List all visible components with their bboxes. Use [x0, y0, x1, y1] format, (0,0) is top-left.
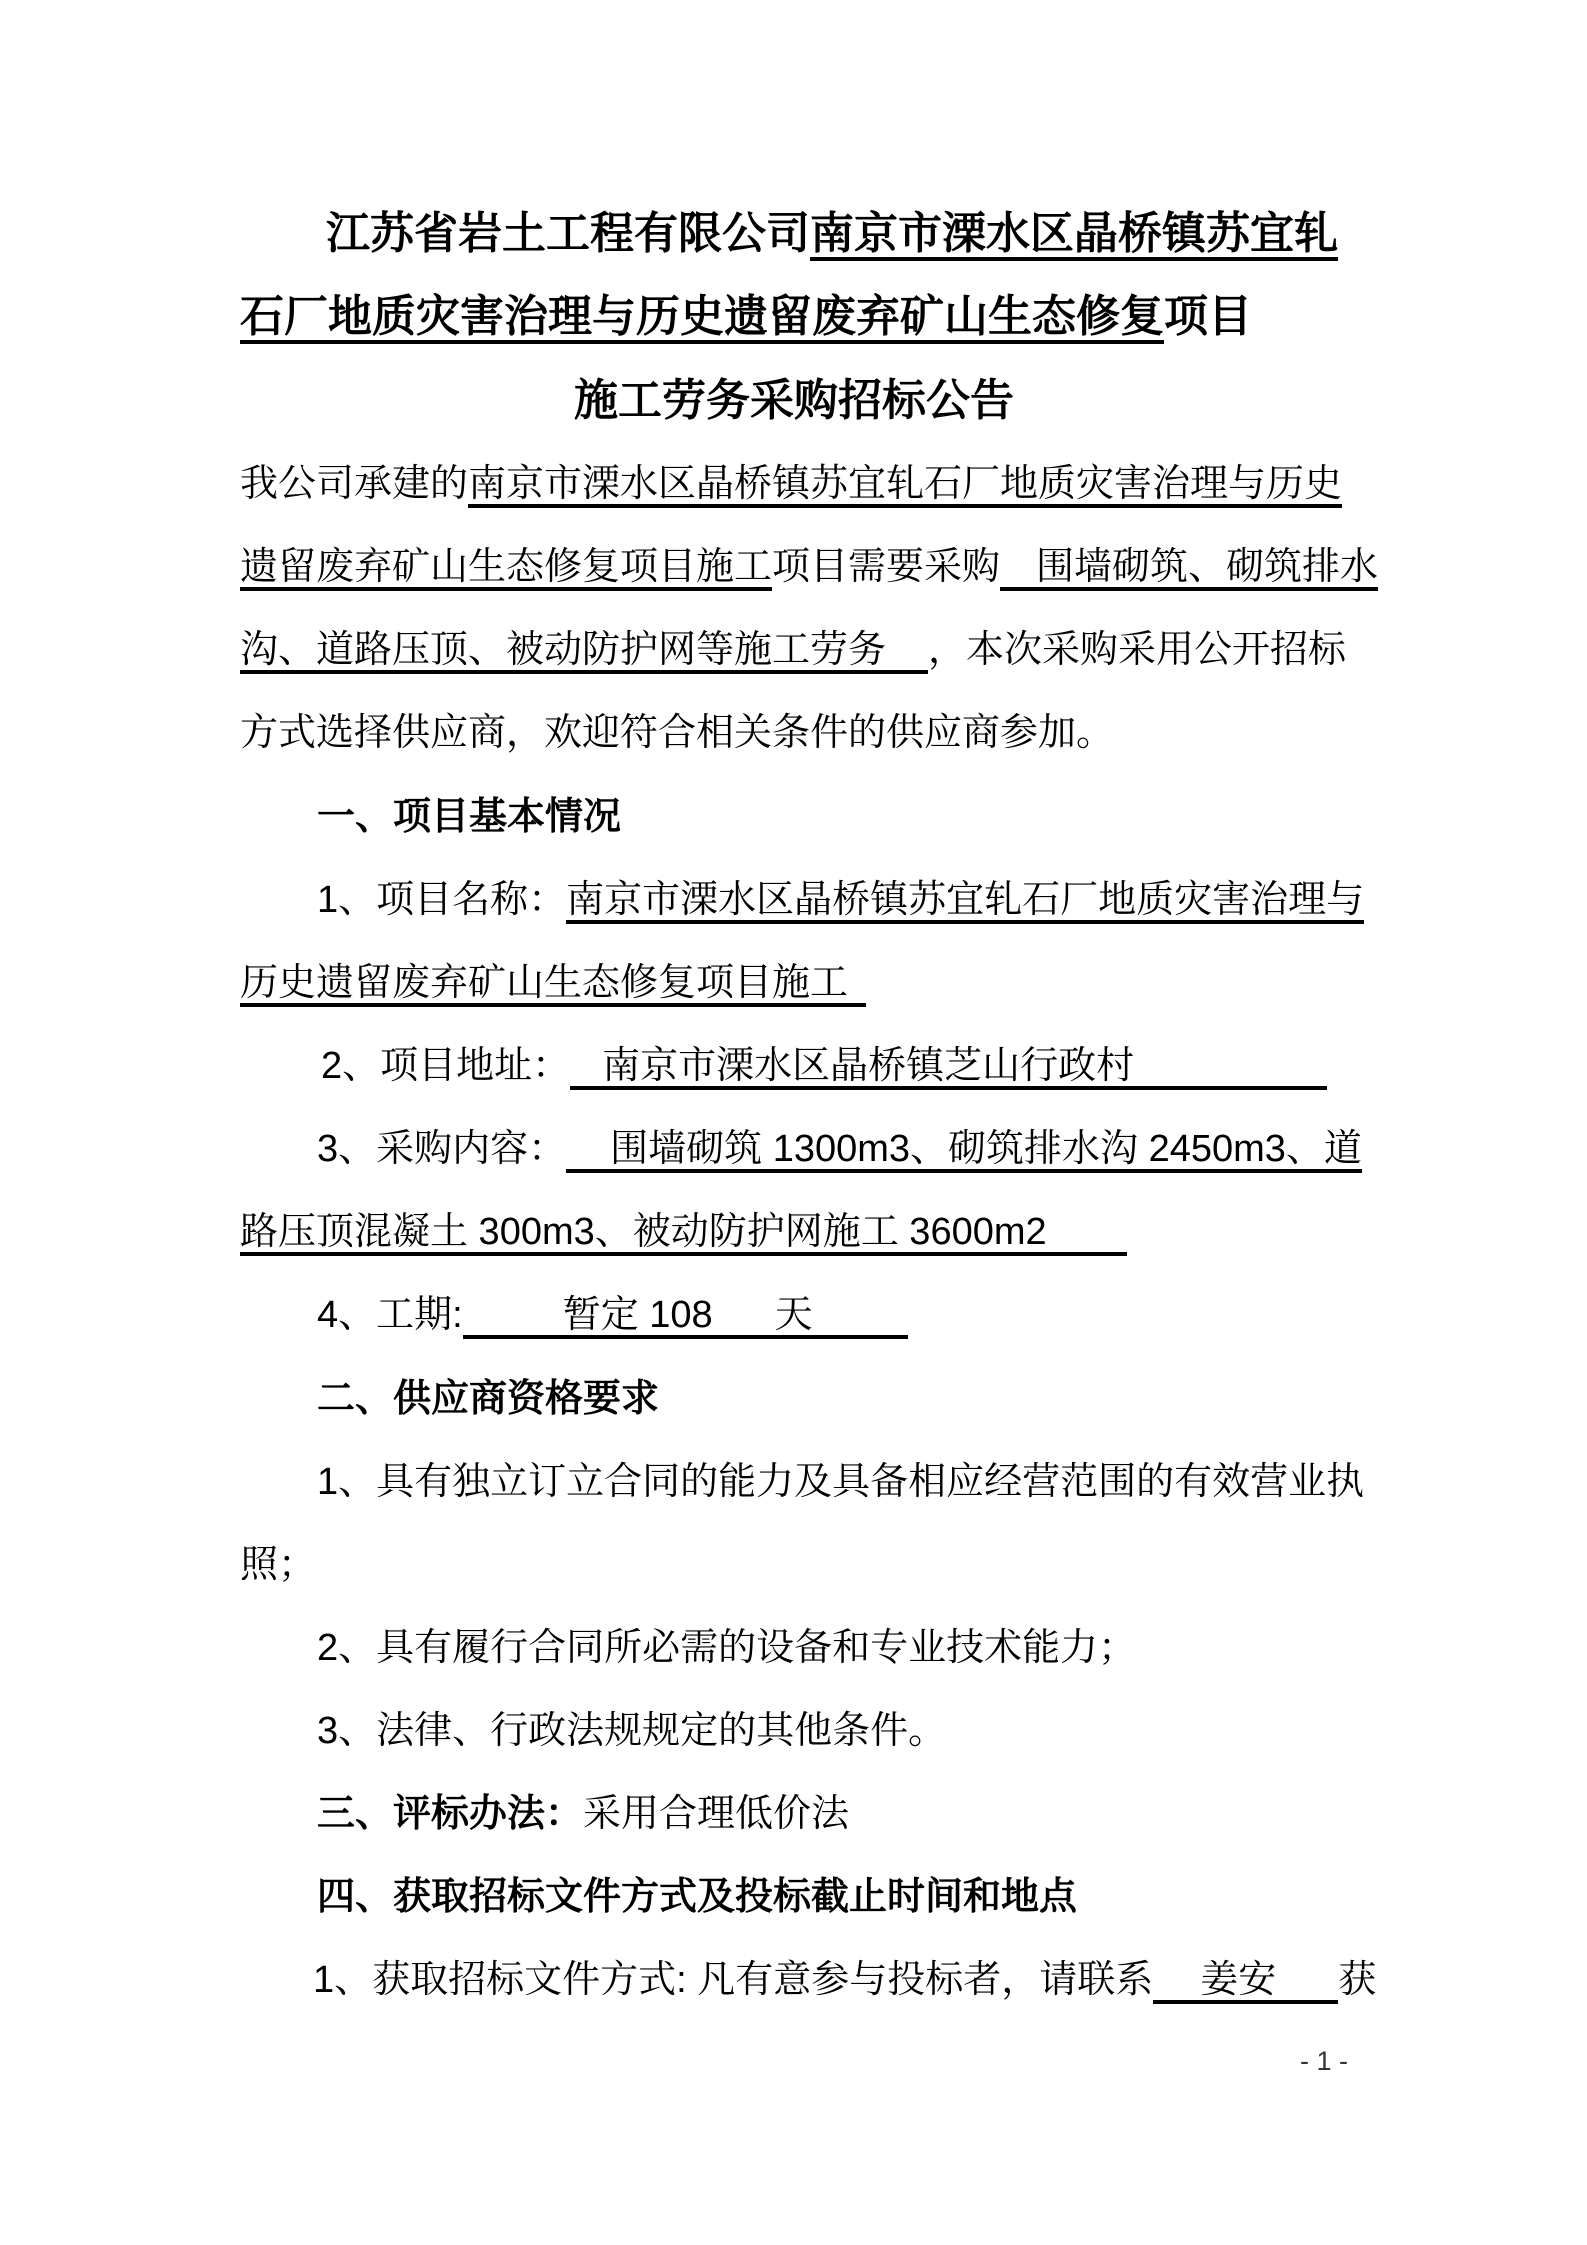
- item-procurement-content-line-2: 路压顶混凝土 300m3、被动防护网施工 3600m2: [240, 1212, 1127, 1256]
- underline-blank: [813, 1295, 908, 1339]
- item-construction-period: 4、工期:暂定 108天: [317, 1295, 908, 1339]
- text-segment: 3、采购内容：: [317, 1129, 566, 1169]
- text-segment: 1、项目名称：: [317, 880, 566, 920]
- text-segment: 遗留废弃矿山生态修复项目施工: [240, 547, 772, 591]
- underline-blank: [1153, 1960, 1200, 2004]
- text-segment: 南京市溧水区晶桥镇芝山行政村: [602, 1046, 1134, 1090]
- text-segment: 四、获取招标文件方式及投标截止时间和地点: [317, 1877, 1077, 1917]
- qualification-item-3: 3、法律、行政法规规定的其他条件。: [317, 1711, 946, 1751]
- item-project-name-line-2: 历史遗留废弃矿山生态修复项目施工: [240, 963, 866, 1007]
- underline-blank: [463, 1295, 563, 1339]
- text-segment: 2、具有履行合同所必需的设备和专业技术能力；: [317, 1628, 1136, 1668]
- intro-paragraph-line-1: 我公司承建的南京市溧水区晶桥镇苏宜轧石厂地质灾害治理与历史: [240, 464, 1342, 508]
- title-line-2: 石厂地质灾害治理与历史遗留废弃矿山生态修复项目: [240, 294, 1252, 344]
- page-number: - 1 -: [1300, 2046, 1348, 2076]
- underline-blank: [1276, 1960, 1338, 2004]
- text-segment: 1、具有独立订立合同的能力及具备相应经营范围的有效营业执: [317, 1462, 1364, 1502]
- item-project-address: 2、项目地址：南京市溧水区晶桥镇芝山行政村: [321, 1046, 1327, 1090]
- underline-blank: [566, 1129, 610, 1173]
- text-segment: 南京市溧水区晶桥镇苏宜轧石厂地质灾害治理与: [566, 880, 1364, 924]
- text-segment: 采用合理低价法: [583, 1794, 849, 1834]
- text-segment: 南京市溧水区晶桥镇苏宜轧石厂地质灾害治理与历史: [468, 464, 1342, 508]
- intro-paragraph-line-3: 沟、道路压顶、被动防护网等施工劳务，本次采购采用公开招标: [240, 630, 1346, 674]
- intro-paragraph-line-4: 方式选择供应商，欢迎符合相关条件的供应商参加。: [240, 713, 1114, 753]
- text-segment: 历史遗留废弃矿山生态修复项目施工: [240, 963, 848, 1007]
- title-line-3: 施工劳务采购招标公告: [240, 378, 1348, 424]
- text-segment: 1、获取招标文件方式: 凡有意参与投标者，请联系: [313, 1960, 1153, 2000]
- section-heading-1: 一、项目基本情况: [317, 797, 621, 837]
- underline-blank: [1047, 1212, 1127, 1256]
- text-segment: 一、项目基本情况: [317, 797, 621, 837]
- underline-blank: [886, 630, 928, 674]
- qualification-item-2: 2、具有履行合同所必需的设备和专业技术能力；: [317, 1628, 1136, 1668]
- text-segment: 照；: [240, 1545, 316, 1585]
- item-procurement-content-line-1: 3、采购内容：围墙砌筑 1300m3、砌筑排水沟 2450m3、道: [317, 1129, 1362, 1173]
- intro-paragraph-line-2: 遗留废弃矿山生态修复项目施工项目需要采购围墙砌筑、砌筑排水: [240, 547, 1378, 591]
- text-segment: 4、工期:: [317, 1295, 463, 1335]
- text-segment: 江苏省岩土工程有限公司: [326, 211, 810, 257]
- text-segment: 项目: [1164, 294, 1252, 340]
- text-segment: 2、项目地址：: [321, 1046, 570, 1086]
- text-segment: 姜安: [1200, 1960, 1276, 2004]
- text-segment: 三、评标办法：: [317, 1794, 583, 1834]
- text-segment: 二、供应商资格要求: [317, 1379, 659, 1419]
- text-segment: 项目需要采购: [772, 547, 1000, 587]
- document-page: 江苏省岩土工程有限公司南京市溧水区晶桥镇苏宜轧石厂地质灾害治理与历史遗留废弃矿山…: [0, 0, 1587, 2245]
- text-segment: 路压顶混凝土 300m3、被动防护网施工 3600m2: [240, 1212, 1047, 1256]
- section-heading-4: 四、获取招标文件方式及投标截止时间和地点: [317, 1877, 1077, 1917]
- underline-blank: [848, 963, 866, 1007]
- text-segment: 石厂地质灾害治理与历史遗留废弃矿山生态修复: [240, 294, 1164, 344]
- text-segment: 围墙砌筑 1300m3、砌筑排水沟 2450m3、道: [610, 1129, 1362, 1173]
- section-heading-2: 二、供应商资格要求: [317, 1379, 659, 1419]
- qualification-item-1-line-2: 照；: [240, 1545, 316, 1585]
- underline-blank: [1000, 547, 1036, 591]
- text-segment: 3、法律、行政法规规定的其他条件。: [317, 1711, 946, 1751]
- text-segment: 方式选择供应商，欢迎符合相关条件的供应商参加。: [240, 713, 1114, 753]
- text-segment: 我公司承建的: [240, 464, 468, 504]
- text-segment: 沟、道路压顶、被动防护网等施工劳务: [240, 630, 886, 674]
- underline-blank: [1134, 1046, 1327, 1090]
- section-heading-3: 三、评标办法：采用合理低价法: [317, 1794, 849, 1834]
- underline-blank: [570, 1046, 602, 1090]
- qualification-item-1-line-1: 1、具有独立订立合同的能力及具备相应经营范围的有效营业执: [317, 1462, 1364, 1502]
- item-project-name-line-1: 1、项目名称：南京市溧水区晶桥镇苏宜轧石厂地质灾害治理与: [317, 880, 1364, 924]
- text-segment: 暂定 108: [563, 1295, 713, 1339]
- text-segment: 天: [775, 1295, 813, 1339]
- text-segment: 施工劳务采购招标公告: [574, 378, 1014, 424]
- title-line-1: 江苏省岩土工程有限公司南京市溧水区晶桥镇苏宜轧: [326, 211, 1338, 261]
- underline-blank: [713, 1295, 775, 1339]
- obtain-document-item-1: 1、获取招标文件方式: 凡有意参与投标者，请联系姜安获: [313, 1960, 1376, 2004]
- text-segment: 围墙砌筑、砌筑排水: [1036, 547, 1378, 591]
- text-segment: ，本次采购采用公开招标: [928, 630, 1346, 670]
- text-segment: 南京市溧水区晶桥镇苏宜轧: [810, 211, 1338, 261]
- text-segment: 获: [1338, 1960, 1376, 2000]
